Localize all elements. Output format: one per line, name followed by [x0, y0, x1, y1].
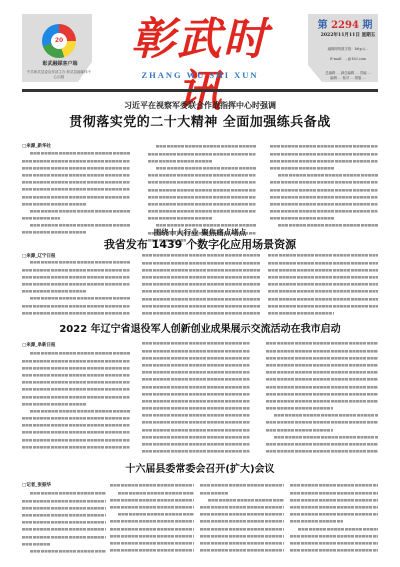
article-1-headline[interactable]: 贯彻落实党的二十大精神 全面加强练兵备战: [0, 111, 400, 130]
issue-number: 第 2294 期: [312, 16, 378, 31]
logo-caption: 彰武融媒客户端: [28, 60, 92, 67]
article-1-column-1: [22, 150, 130, 236]
article-4-column-4: [290, 482, 378, 560]
publisher-info: 中共彰武县委宣传部主办 彰武县融媒体中心出版: [26, 70, 92, 80]
logo-center-text: 20: [51, 33, 67, 49]
media-logo-icon[interactable]: 20: [42, 24, 76, 58]
article-1-column-3: [270, 143, 378, 229]
article-4-column-3: [200, 482, 284, 560]
masthead-divider: [22, 89, 378, 92]
article-3-byline: □来源_阜新日报: [22, 342, 56, 348]
article-3-column-1: [22, 350, 130, 455]
staff-info: 编辑 ... 校对 ... 排版 ...: [308, 75, 388, 80]
article-1-kicker: 习近平在视察军委联合作战指挥中心时强调: [0, 100, 400, 111]
issue-prefix: 第: [318, 20, 328, 31]
newspaper-title-pinyin: ZHANG WU SHI XUN: [110, 70, 290, 80]
issue-suffix: 期: [362, 20, 372, 31]
article-2-column-1: [22, 259, 130, 317]
masthead: 20 彰武融媒客户端 中共彰武县委宣传部主办 彰武县融媒体中心出版 彰武时讯 Z…: [0, 0, 400, 88]
publish-date: 2022年11月11日 星期五: [308, 32, 388, 38]
article-4-column-2: [110, 482, 194, 560]
article-3-column-3: [266, 340, 378, 455]
article-3-headline[interactable]: 2022 年辽宁省退役军人创新创业成果展示交流活动在我市启动: [0, 320, 400, 335]
email-info: E-mail：...@163.com: [308, 56, 388, 61]
article-2-column-3: [268, 252, 378, 317]
article-4-column-1: [22, 490, 106, 560]
article-3-column-2: [142, 340, 250, 455]
article-2-column-2: [142, 252, 260, 317]
article-4-byline: □记者_张振华: [22, 482, 51, 488]
article-4-headline[interactable]: 十六届县委常委会召开(扩大)会议: [0, 460, 400, 475]
website-info: 融媒网络数字报：http://...: [308, 46, 388, 51]
article-2-headline[interactable]: 我省发布 1439 个数字化应用场景资源: [0, 236, 400, 252]
article-1-byline: □来源_新华社: [22, 143, 51, 149]
issue-value: 2294: [331, 20, 359, 31]
